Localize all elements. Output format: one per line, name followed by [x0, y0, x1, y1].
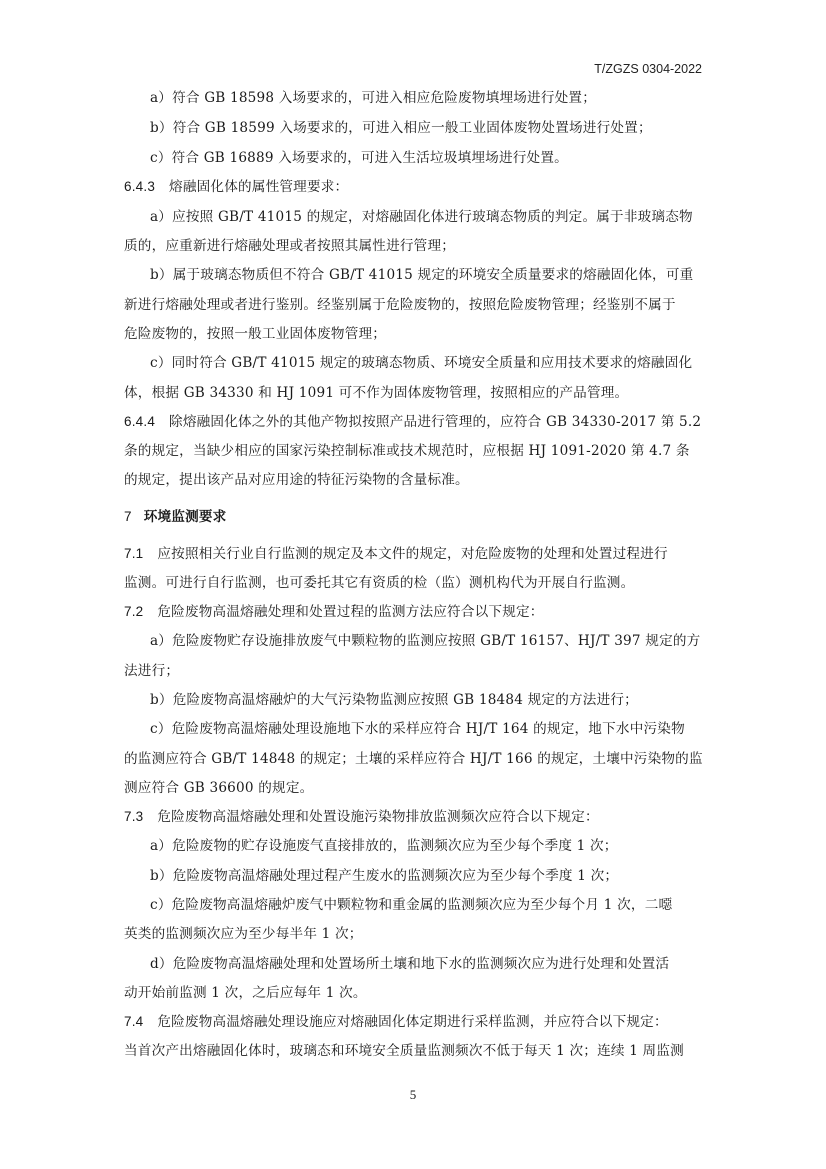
- line-text: b）危险废物高温熔融处理过程产生废水的监测频次应为至少每个季度 1 次；: [150, 868, 618, 884]
- text-line: d）危险废物高温熔融处理和处置场所土壤和地下水的监测频次应为进行处理和处置活: [150, 956, 732, 972]
- clause-line: 7.2危险废物高温熔融处理和处置过程的监测方法应符合以下规定：: [124, 604, 706, 620]
- text-line: 的规定，提出该产品对应用途的特征污染物的含量标准。: [124, 472, 706, 488]
- text-line: 当首次产出熔融固化体时，玻璃态和环境安全质量监测频次不低于每天 1 次；连续 1…: [124, 1043, 706, 1059]
- line-text: b）属于玻璃态物质但不符合 GB/T 41015 规定的环境安全质量要求的熔融固…: [150, 267, 693, 283]
- clause-line: 6.4.4除熔融固化体之外的其他产物拟按照产品进行管理的，应符合 GB 3433…: [124, 414, 706, 430]
- text-line: 动开始前监测 1 次，之后应每年 1 次。: [124, 985, 706, 1001]
- text-line: b）属于玻璃态物质但不符合 GB/T 41015 规定的环境安全质量要求的熔融固…: [150, 267, 732, 283]
- clause-line: 6.4.3熔融固化体的属性管理要求：: [124, 179, 706, 195]
- text-line: b）符合 GB 18599 入场要求的，可进入相应一般工业固体废物处置场进行处置…: [150, 120, 732, 136]
- clause-number: 7: [124, 509, 132, 524]
- line-text: 的监测应符合 GB/T 14848 的规定；土壤的采样应符合 HJ/T 166 …: [124, 751, 703, 767]
- document-code: T/ZGZS 0304-2022: [594, 62, 702, 76]
- line-text: 体，根据 GB 34330 和 HJ 1091 可不作为固体废物管理，按照相应的…: [124, 385, 628, 401]
- text-line: 质的，应重新进行熔融处理或者按照其属性进行管理；: [124, 238, 706, 254]
- clause-number: 7.4: [124, 1014, 143, 1029]
- clause-line: 7.4危险废物高温熔融处理设施应对熔融固化体定期进行采样监测，并应符合以下规定：: [124, 1014, 706, 1030]
- line-text: 英类的监测频次应为至少每半年 1 次；: [124, 926, 363, 942]
- line-text: 的规定，提出该产品对应用途的特征污染物的含量标准。: [124, 472, 469, 488]
- line-text: 熔融固化体的属性管理要求：: [169, 179, 348, 195]
- clause-number: 7.3: [124, 809, 143, 824]
- text-line: a）符合 GB 18598 入场要求的，可进入相应危险废物填埋场进行处置；: [150, 90, 732, 106]
- line-text: 环境监测要求: [144, 509, 227, 525]
- text-line: b）危险废物高温熔融处理过程产生废水的监测频次应为至少每个季度 1 次；: [150, 868, 732, 884]
- clause-number: 6.4.3: [124, 179, 155, 194]
- line-text: 动开始前监测 1 次，之后应每年 1 次。: [124, 985, 367, 1001]
- line-text: 新进行熔融处理或者进行鉴别。经鉴别属于危险废物的，按照危险废物管理；经鉴别不属于: [124, 297, 676, 313]
- text-line: c）同时符合 GB/T 41015 规定的玻璃态物质、环境安全质量和应用技术要求…: [150, 355, 732, 371]
- text-line: 英类的监测频次应为至少每半年 1 次；: [124, 926, 706, 942]
- text-line: c）危险废物高温熔融炉废气中颗粒物和重金属的监测频次应为至少每个月 1 次，二噁: [150, 897, 732, 913]
- page-number: 5: [0, 1087, 826, 1103]
- line-text: 质的，应重新进行熔融处理或者按照其属性进行管理；: [124, 238, 455, 254]
- text-line: 法进行；: [124, 663, 706, 679]
- text-line: c）符合 GB 16889 入场要求的，可进入生活垃圾填埋场进行处置。: [150, 150, 732, 166]
- line-text: 法进行；: [124, 663, 179, 679]
- text-line: 危险废物的，按照一般工业固体废物管理；: [124, 326, 706, 342]
- line-text: b）危险废物高温熔融炉的大气污染物监测应按照 GB 18484 规定的方法进行；: [150, 692, 638, 708]
- line-text: a）符合 GB 18598 入场要求的，可进入相应危险废物填埋场进行处置；: [150, 90, 596, 106]
- line-text: c）危险废物高温熔融炉废气中颗粒物和重金属的监测频次应为至少每个月 1 次，二噁: [150, 897, 672, 913]
- line-text: 监测。可进行自行监测，也可委托其它有资质的检（监）测机构代为开展自行监测。: [124, 575, 634, 591]
- text-line: 条的规定，当缺少相应的国家污染控制标准或技术规范时，应根据 HJ 1091-20…: [124, 443, 706, 459]
- text-line: 监测。可进行自行监测，也可委托其它有资质的检（监）测机构代为开展自行监测。: [124, 575, 706, 591]
- line-text: a）危险废物贮存设施排放废气中颗粒物的监测应按照 GB/T 16157、HJ/T…: [150, 633, 700, 649]
- line-text: 应按照相关行业自行监测的规定及本文件的规定，对危险废物的处理和处置过程进行: [157, 546, 667, 562]
- line-text: a）危险废物的贮存设施废气直接排放的，监测频次应为至少每个季度 1 次；: [150, 838, 618, 854]
- text-line: 测应符合 GB 36600 的规定。: [124, 780, 706, 796]
- line-text: c）危险废物高温熔融处理设施地下水的采样应符合 HJ/T 164 的规定，地下水…: [150, 721, 685, 737]
- line-text: a）应按照 GB/T 41015 的规定，对熔融固化体进行玻璃态物质的判定。属于…: [150, 209, 693, 225]
- section-heading: 7环境监测要求: [124, 509, 706, 525]
- clause-line: 7.3危险废物高温熔融处理和处置设施污染物排放监测频次应符合以下规定：: [124, 809, 706, 825]
- line-text: 除熔融固化体之外的其他产物拟按照产品进行管理的，应符合 GB 34330-201…: [169, 414, 701, 430]
- text-line: b）危险废物高温熔融炉的大气污染物监测应按照 GB 18484 规定的方法进行；: [150, 692, 732, 708]
- line-text: 危险废物的，按照一般工业固体废物管理；: [124, 326, 386, 342]
- line-text: 测应符合 GB 36600 的规定。: [124, 780, 313, 796]
- clause-number: 7.1: [124, 546, 143, 561]
- line-text: d）危险废物高温熔融处理和处置场所土壤和地下水的监测频次应为进行处理和处置活: [150, 956, 669, 972]
- clause-number: 6.4.4: [124, 414, 155, 429]
- text-line: 新进行熔融处理或者进行鉴别。经鉴别属于危险废物的，按照危险废物管理；经鉴别不属于: [124, 297, 706, 313]
- line-text: 危险废物高温熔融处理和处置设施污染物排放监测频次应符合以下规定：: [157, 809, 598, 825]
- line-text: c）符合 GB 16889 入场要求的，可进入生活垃圾填埋场进行处置。: [150, 150, 568, 166]
- text-line: 体，根据 GB 34330 和 HJ 1091 可不作为固体废物管理，按照相应的…: [124, 385, 706, 401]
- line-text: 危险废物高温熔融处理设施应对熔融固化体定期进行采样监测，并应符合以下规定：: [157, 1014, 667, 1030]
- clause-number: 7.2: [124, 604, 143, 619]
- text-line: a）危险废物的贮存设施废气直接排放的，监测频次应为至少每个季度 1 次；: [150, 838, 732, 854]
- line-text: b）符合 GB 18599 入场要求的，可进入相应一般工业固体废物处置场进行处置…: [150, 120, 652, 136]
- line-text: 当首次产出熔融固化体时，玻璃态和环境安全质量监测频次不低于每天 1 次；连续 1…: [124, 1043, 684, 1059]
- line-text: 危险废物高温熔融处理和处置过程的监测方法应符合以下规定：: [157, 604, 543, 620]
- text-line: 的监测应符合 GB/T 14848 的规定；土壤的采样应符合 HJ/T 166 …: [124, 751, 706, 767]
- clause-line: 7.1应按照相关行业自行监测的规定及本文件的规定，对危险废物的处理和处置过程进行: [124, 546, 706, 562]
- text-line: c）危险废物高温熔融处理设施地下水的采样应符合 HJ/T 164 的规定，地下水…: [150, 721, 732, 737]
- text-line: a）危险废物贮存设施排放废气中颗粒物的监测应按照 GB/T 16157、HJ/T…: [150, 633, 732, 649]
- line-text: c）同时符合 GB/T 41015 规定的玻璃态物质、环境安全质量和应用技术要求…: [150, 355, 692, 371]
- line-text: 条的规定，当缺少相应的国家污染控制标准或技术规范时，应根据 HJ 1091-20…: [124, 443, 690, 459]
- text-line: a）应按照 GB/T 41015 的规定，对熔融固化体进行玻璃态物质的判定。属于…: [150, 209, 732, 225]
